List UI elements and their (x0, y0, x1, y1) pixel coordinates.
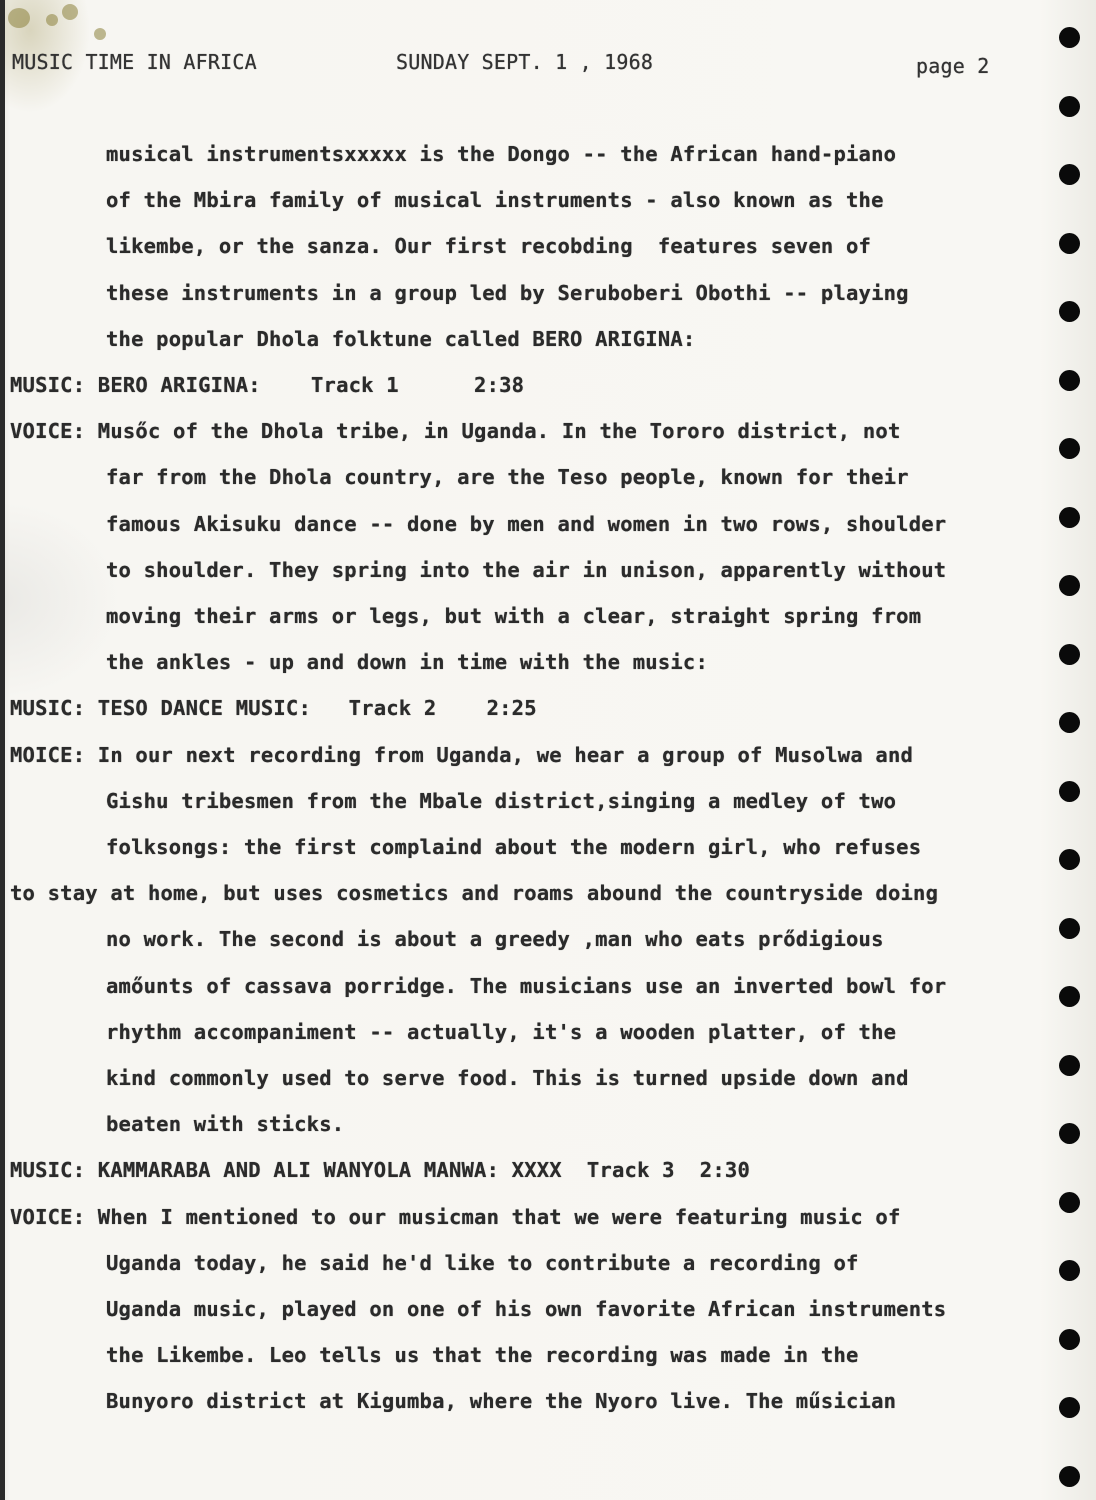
script-line: Uganda today, he said he'd like to contr… (106, 1251, 859, 1275)
punch-hole (1059, 575, 1080, 596)
punch-hole (1059, 781, 1080, 802)
program-title: MUSIC TIME IN AFRICA (12, 50, 257, 74)
script-line: amőunts of cassava porridge. The musicia… (106, 974, 946, 998)
punch-hole (1059, 1397, 1080, 1418)
script-line: of the Mbira family of musical instrumen… (106, 188, 884, 212)
punch-hole (1059, 712, 1080, 733)
punch-hole (1059, 1055, 1080, 1076)
punch-hole (1059, 370, 1080, 391)
punch-hole (1059, 1329, 1080, 1350)
punch-hole (1059, 1123, 1080, 1144)
script-line: the Likembe. Leo tells us that the recor… (106, 1343, 859, 1367)
broadcast-date: SUNDAY SEPT. 1 , 1968 (396, 50, 653, 74)
punch-hole (1059, 301, 1080, 322)
punch-hole (1059, 849, 1080, 870)
voice-cue: MOICE: In our next recording from Uganda… (10, 743, 913, 767)
voice-cue: VOICE: When I mentioned to our musicman … (10, 1205, 901, 1229)
punch-hole (1059, 233, 1080, 254)
coffee-stain (62, 4, 78, 20)
coffee-stain (94, 28, 106, 40)
script-line: moving their arms or legs, but with a cl… (106, 604, 921, 628)
punch-hole (1059, 96, 1080, 117)
script-line: rhythm accompaniment -- actually, it's a… (106, 1020, 896, 1044)
punch-hole (1059, 1260, 1080, 1281)
script-line: Uganda music, played on one of his own f… (106, 1297, 946, 1321)
script-line: to shoulder. They spring into the air in… (106, 558, 946, 582)
script-line: these instruments in a group led by Seru… (106, 281, 909, 305)
script-line: beaten with sticks. (106, 1112, 344, 1136)
punch-hole (1059, 1192, 1080, 1213)
punch-hole (1059, 1466, 1080, 1487)
voice-cue: VOICE: Musőc of the Dhola tribe, in Ugan… (10, 419, 901, 443)
script-line: Gishu tribesmen from the Mbale district,… (106, 789, 896, 813)
coffee-stain (46, 14, 58, 26)
script-line: musical instrumentsxxxxx is the Dongo --… (106, 142, 896, 166)
scan-edge (0, 0, 5, 1500)
script-line: no work. The second is about a greedy ,m… (106, 927, 884, 951)
punch-hole (1059, 918, 1080, 939)
script-line: likembe, or the sanza. Our first recobdi… (106, 234, 871, 258)
script-line: folksongs: the first complaind about the… (106, 835, 921, 859)
script-line: the popular Dhola folktune called BERO A… (106, 327, 695, 351)
music-cue: MUSIC: TESO DANCE MUSIC: Track 2 2:25 (10, 696, 537, 720)
script-line: kind commonly used to serve food. This i… (106, 1066, 909, 1090)
punch-hole (1059, 507, 1080, 528)
punch-hole (1059, 644, 1080, 665)
script-line: Bunyoro district at Kigumba, where the N… (106, 1389, 896, 1413)
script-line: far from the Dhola country, are the Teso… (106, 465, 909, 489)
music-cue: MUSIC: KAMMARABA AND ALI WANYOLA MANWA: … (10, 1158, 750, 1182)
script-line: the ankles - up and down in time with th… (106, 650, 708, 674)
page-number: page 2 (916, 54, 989, 78)
punch-hole (1059, 438, 1080, 459)
music-cue: MUSIC: BERO ARIGINA: Track 1 2:38 (10, 373, 524, 397)
punch-hole (1059, 986, 1080, 1007)
script-line: famous Akisuku dance -- done by men and … (106, 512, 946, 536)
coffee-stain (8, 8, 30, 28)
punch-hole (1059, 164, 1080, 185)
punch-hole (1059, 27, 1080, 48)
script-line: to stay at home, but uses cosmetics and … (10, 881, 938, 905)
